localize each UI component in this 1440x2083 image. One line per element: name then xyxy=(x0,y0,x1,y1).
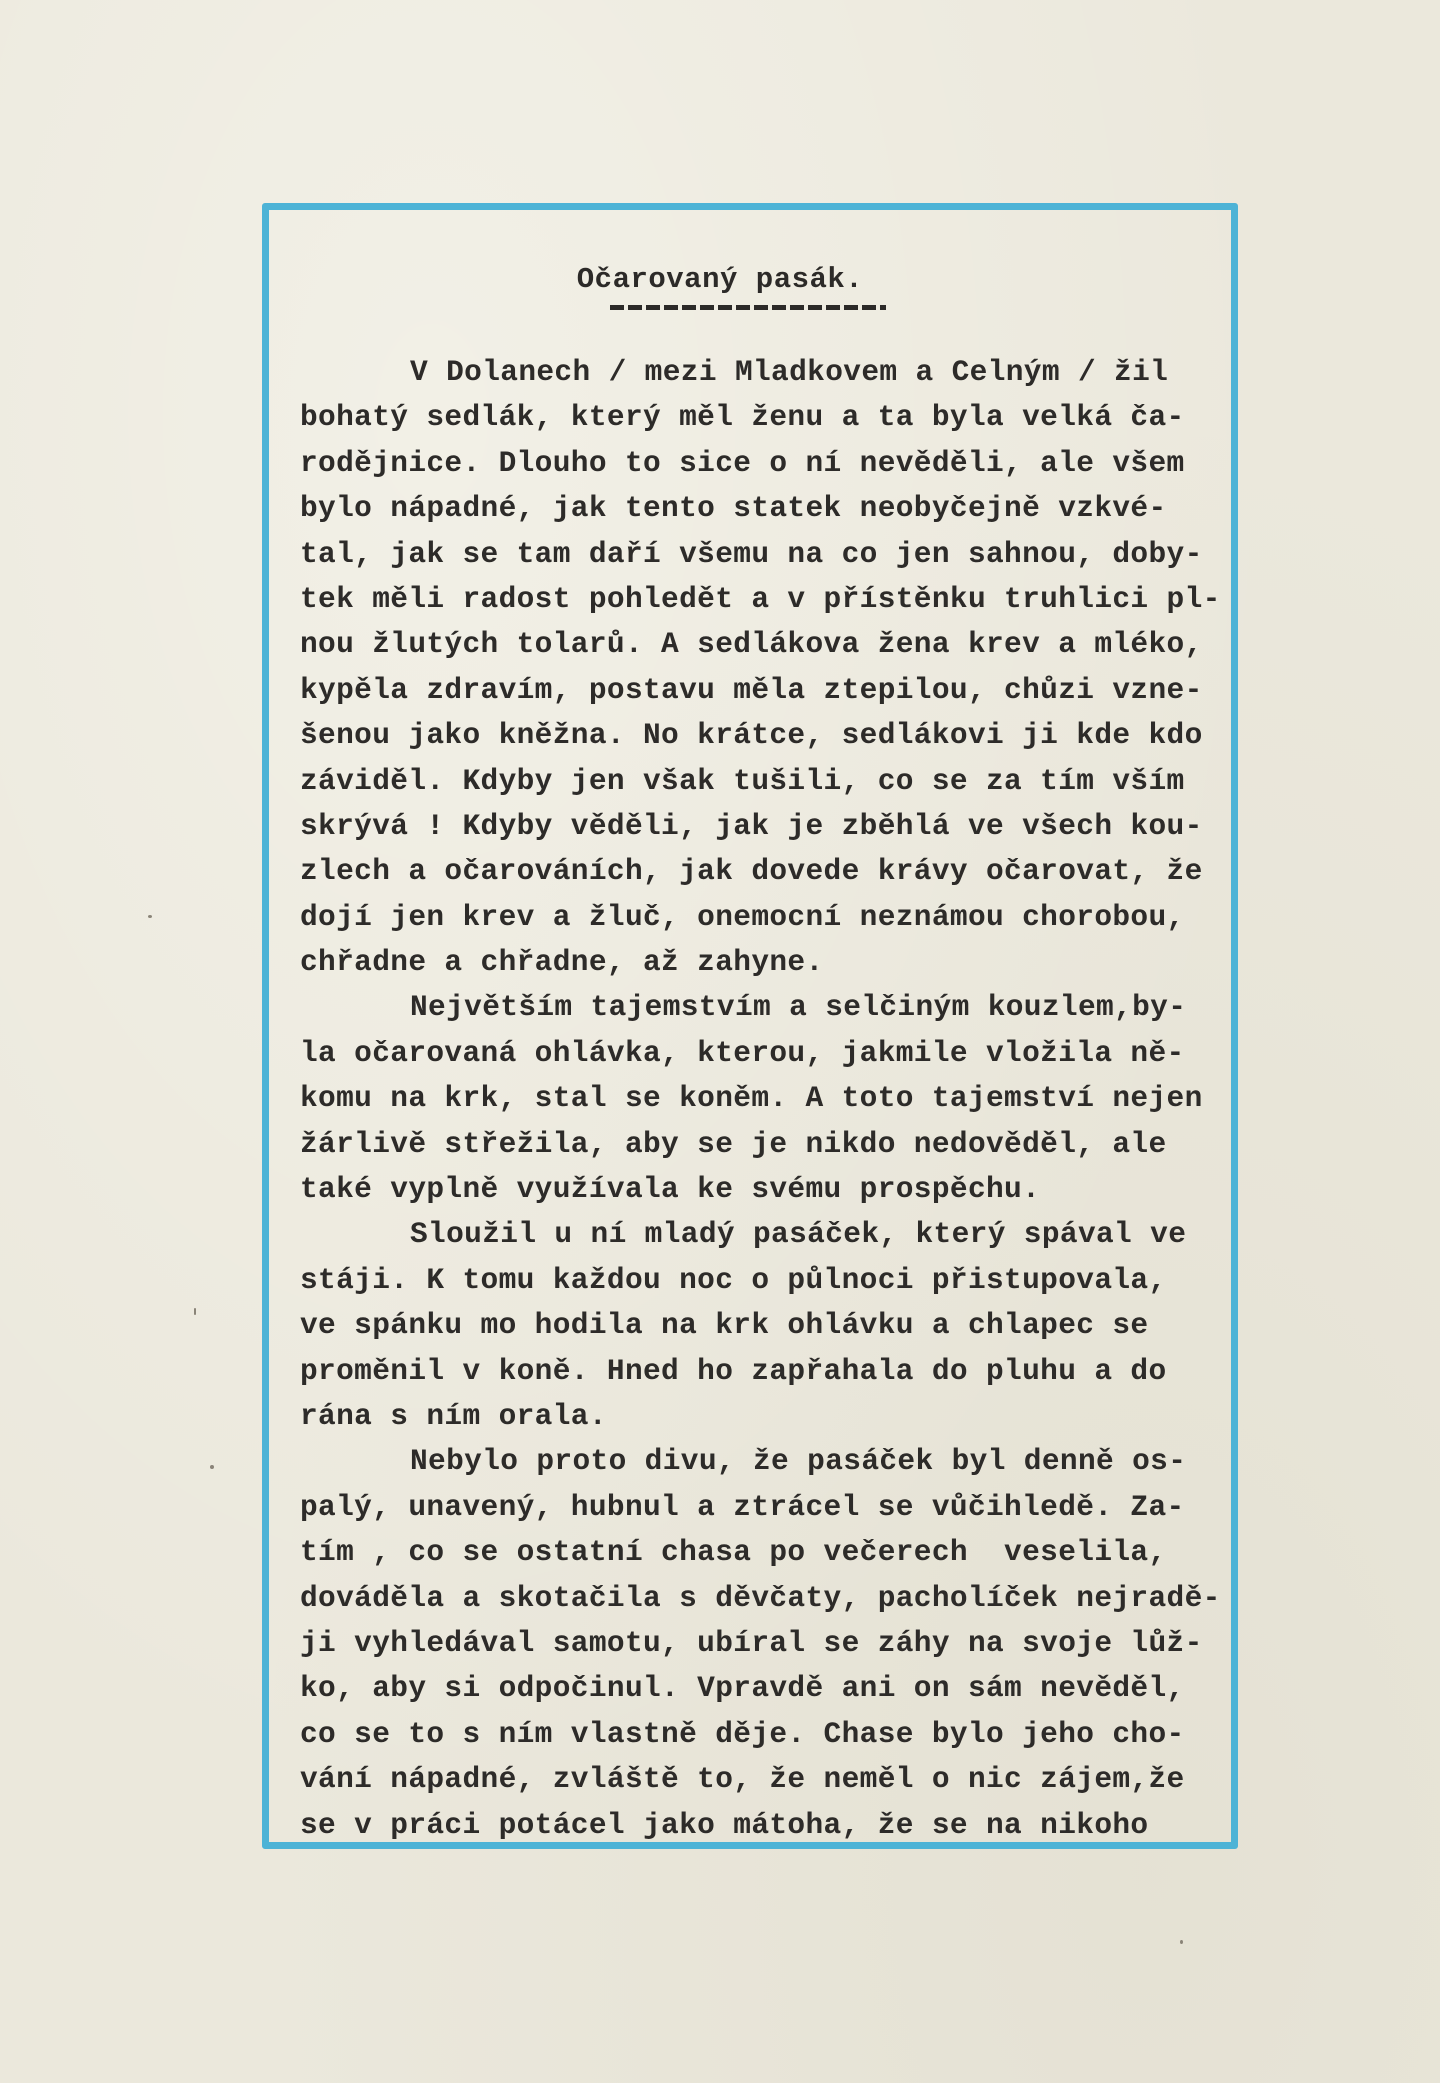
text-line: zlech a očarováních, jak dovede krávy oč… xyxy=(300,849,1240,894)
text-line: bohatý sedlák, který měl ženu a ta byla … xyxy=(300,395,1240,440)
paper-speck xyxy=(1180,1940,1183,1944)
text-line: tím , co se ostatní chasa po večerech ve… xyxy=(300,1530,1240,1575)
text-line: žárlivě střežila, aby se je nikdo nedově… xyxy=(300,1122,1240,1167)
text-line: dováděla a skotačila s děvčaty, pacholíč… xyxy=(300,1576,1240,1621)
text-line: dojí jen krev a žluč, onemocní neznámou … xyxy=(300,895,1240,940)
text-line: palý, unavený, hubnul a ztrácel se vůčih… xyxy=(300,1485,1240,1530)
text-line: Sloužil u ní mladý pasáček, který spával… xyxy=(300,1212,1240,1257)
text-line: skrývá ! Kdyby věděli, jak je zběhlá ve … xyxy=(300,804,1240,849)
text-line: kypěla zdravím, postavu měla ztepilou, c… xyxy=(300,668,1240,713)
text-line: chřadne a chřadne, až zahyne. xyxy=(300,940,1240,985)
text-line: šenou jako kněžna. No krátce, sedlákovi … xyxy=(300,713,1240,758)
text-line: ve spánku mo hodila na krk ohlávku a chl… xyxy=(300,1303,1240,1348)
text-line: ko, aby si odpočinul. Vpravdě ani on sám… xyxy=(300,1666,1240,1711)
text-line: nou žlutých tolarů. A sedlákova žena kre… xyxy=(300,622,1240,667)
document-title: Očarovaný pasák. xyxy=(0,263,1440,296)
text-line: Nebylo proto divu, že pasáček byl denně … xyxy=(300,1439,1240,1484)
text-line: ji vyhledával samotu, ubíral se záhy na … xyxy=(300,1621,1240,1666)
text-line: bylo nápadné, jak tento statek neobyčejn… xyxy=(300,486,1240,531)
paper-speck xyxy=(210,1465,214,1469)
text-line: také vyplně využívala ke svému prospěchu… xyxy=(300,1167,1240,1212)
paper-speck xyxy=(194,1308,196,1315)
text-line: tek měli radost pohledět a v přístěnku t… xyxy=(300,577,1240,622)
text-line: Největším tajemstvím a selčiným kouzlem,… xyxy=(300,985,1240,1030)
text-line: rodějnice. Dlouho to sice o ní nevěděli,… xyxy=(300,441,1240,486)
title-dashed-underline xyxy=(610,305,886,310)
text-line: se v práci potácel jako mátoha, že se na… xyxy=(300,1803,1240,1848)
text-line: záviděl. Kdyby jen však tušili, co se za… xyxy=(300,759,1240,804)
text-line: komu na krk, stal se koněm. A toto tajem… xyxy=(300,1076,1240,1121)
text-line: co se to s ním vlastně děje. Chase bylo … xyxy=(300,1712,1240,1757)
text-line: stáji. K tomu každou noc o půlnoci přist… xyxy=(300,1258,1240,1303)
text-line: la očarovaná ohlávka, kterou, jakmile vl… xyxy=(300,1031,1240,1076)
typewritten-body: V Dolanech / mezi Mladkovem a Celným / ž… xyxy=(300,350,1240,1848)
paper-speck xyxy=(148,915,152,918)
text-line: vání nápadné, zvláště to, že neměl o nic… xyxy=(300,1757,1240,1802)
text-line: V Dolanech / mezi Mladkovem a Celným / ž… xyxy=(300,350,1240,395)
text-line: tal, jak se tam daří všemu na co jen sah… xyxy=(300,532,1240,577)
text-line: proměnil v koně. Hned ho zapřahala do pl… xyxy=(300,1349,1240,1394)
text-line: rána s ním orala. xyxy=(300,1394,1240,1439)
